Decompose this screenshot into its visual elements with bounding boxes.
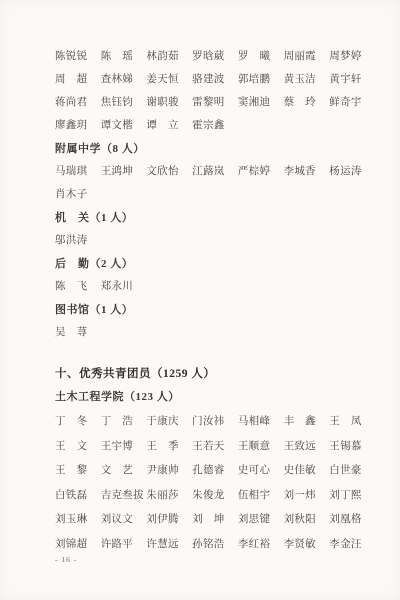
- name-item: 许慧远: [146, 536, 192, 551]
- section-header: 后 勤（2 人）: [55, 251, 375, 274]
- name-item: 霍宗鑫: [192, 117, 238, 132]
- name-item: 王 凤: [329, 413, 375, 428]
- name-item: 蔡 玲: [284, 94, 330, 109]
- name-item: 王鸿坤: [101, 163, 147, 178]
- name-item: 杨运涛: [329, 163, 375, 178]
- name-item: 罗晗葳: [192, 48, 238, 63]
- name-item: 窦湘迪: [238, 94, 284, 109]
- name-item: 姜天恒: [146, 71, 192, 86]
- name-item: 邬洪涛: [55, 232, 101, 247]
- name-item: 孙铭浩: [192, 536, 238, 551]
- name-item: 谢职骏: [146, 94, 192, 109]
- name-item: 江蕗岚: [192, 163, 238, 178]
- name-row-grid: 廖鑫玥谭文楷谭 立霍宗鑫: [55, 113, 375, 136]
- name-row-grid: 刘玉琳刘议文刘伊腾刘 坤刘思键刘秋阳刘凰格: [55, 507, 375, 532]
- name-item: 王宇博: [101, 438, 147, 453]
- document-body: 陈锐锐陈 瑶林韵茹罗晗葳罗 曦周丽霞周梦婷周 超查林娣姜天恒骆建波郭培鹏黄玉洁黄…: [55, 44, 375, 556]
- section-header-label: 图书馆（1 人）: [55, 301, 133, 317]
- name-item: 黄宇轩: [329, 71, 375, 86]
- name-row-grid: 蒋尚君焦钰钧谢职骏雷黎明窦湘迪蔡 玲鲜奇宇: [55, 90, 375, 113]
- name-row-grid: 王 黎文 艺尹康帅孔德睿史可心史佳敏白世豪: [55, 458, 375, 483]
- name-row-grid: 刘锦超许路平许慧远孙铭浩李红裕李贤敏李金汪: [55, 531, 375, 556]
- name-item: 郑永川: [101, 278, 147, 293]
- name-row: 白铁磊吉克叁拔朱丽莎朱俊龙伍相宇刘一炜刘丁熙: [55, 482, 375, 507]
- name-item: 郭培鹏: [238, 71, 284, 86]
- name-item: 罗 曦: [238, 48, 284, 63]
- name-row-grid: 丁 冬丁 浩于康庆门汝祎马相峰丰 鑫王 凤: [55, 409, 375, 434]
- name-row: 廖鑫玥谭文楷谭 立霍宗鑫: [55, 113, 375, 136]
- name-item: 刘丁熙: [329, 487, 375, 502]
- name-item: 丰 鑫: [284, 413, 330, 428]
- name-row: 蒋尚君焦钰钧谢职骏雷黎明窦湘迪蔡 玲鲜奇宇: [55, 90, 375, 113]
- name-row: 丁 冬丁 浩于康庆门汝祎马相峰丰 鑫王 凤: [55, 409, 375, 434]
- name-item: 谭 立: [146, 117, 192, 132]
- name-item: 孔德睿: [192, 462, 238, 477]
- name-row: 肖木子: [55, 182, 375, 205]
- name-item: 刘议文: [101, 511, 147, 526]
- name-item: 刘凰格: [329, 511, 375, 526]
- name-item: 陈 飞: [55, 278, 101, 293]
- name-item: 黄玉洁: [284, 71, 330, 86]
- name-item: 朱俊龙: [192, 487, 238, 502]
- name-item: 门汝祎: [192, 413, 238, 428]
- name-item: 刘玉琳: [55, 511, 101, 526]
- name-row: 陈锐锐陈 瑶林韵茹罗晗葳罗 曦周丽霞周梦婷: [55, 44, 375, 67]
- name-row: 刘玉琳刘议文刘伊腾刘 坤刘思键刘秋阳刘凰格: [55, 507, 375, 532]
- name-item: 李红裕: [238, 536, 284, 551]
- name-row: 邬洪涛: [55, 228, 375, 251]
- name-item: 李贤敏: [284, 536, 330, 551]
- name-item: 史佳敏: [284, 462, 330, 477]
- name-row: 王 黎文 艺尹康帅孔德睿史可心史佳敏白世豪: [55, 458, 375, 483]
- name-row-grid: 周 超查林娣姜天恒骆建波郭培鹏黄玉洁黄宇轩: [55, 67, 375, 90]
- name-item: 周梦婷: [329, 48, 375, 63]
- name-item: 谭文楷: [101, 117, 147, 132]
- name-item: 焦钰钧: [101, 94, 147, 109]
- section-header: 土木工程学院（123 人）: [55, 384, 375, 409]
- name-item: 伍相宇: [238, 487, 284, 502]
- name-item: 蒋尚君: [55, 94, 101, 109]
- name-row: 刘锦超许路平许慧远孙铭浩李红裕李贤敏李金汪: [55, 531, 375, 556]
- name-item: 刘一炜: [284, 487, 330, 502]
- name-row: 马瑞琪王鸿坤文欣怡江蕗岚严棕婷李城香杨运涛: [55, 159, 375, 182]
- name-item: 朱丽莎: [146, 487, 192, 502]
- section-body: 土木工程学院（123 人）丁 冬丁 浩于康庆门汝祎马相峰丰 鑫王 凤王 文王宇博…: [55, 384, 375, 556]
- name-row-grid: 白铁磊吉克叁拔朱丽莎朱俊龙伍相宇刘一炜刘丁熙: [55, 482, 375, 507]
- name-item: 王 黎: [55, 462, 101, 477]
- section-header: 机 关（1 人）: [55, 205, 375, 228]
- name-item: 尹康帅: [146, 462, 192, 477]
- section-header-label: 机 关（1 人）: [55, 209, 133, 225]
- section-title: 十、优秀共青团员（1259 人）: [55, 361, 375, 384]
- name-item: 肖木子: [55, 186, 101, 201]
- name-row: 周 超查林娣姜天恒骆建波郭培鹏黄玉洁黄宇轩: [55, 67, 375, 90]
- name-item: 鲜奇宇: [329, 94, 375, 109]
- name-item: 雷黎明: [192, 94, 238, 109]
- name-item: 文欣怡: [146, 163, 192, 178]
- name-item: 严棕婷: [238, 163, 284, 178]
- name-item: 丁 浩: [101, 413, 147, 428]
- name-row: 吴 荨: [55, 320, 375, 343]
- name-row: 陈 飞郑永川: [55, 274, 375, 297]
- name-item: 王 文: [55, 438, 101, 453]
- name-item: 周丽霞: [284, 48, 330, 63]
- section-header: 图书馆（1 人）: [55, 297, 375, 320]
- name-item: 查林娣: [101, 71, 147, 86]
- name-item: 刘思键: [238, 511, 284, 526]
- name-row-grid: 邬洪涛: [55, 228, 375, 251]
- name-item: 王 季: [146, 438, 192, 453]
- section-title-label: 十、优秀共青团员（1259 人）: [55, 365, 215, 381]
- name-item: 文 艺: [101, 462, 147, 477]
- name-item: 周 超: [55, 71, 101, 86]
- name-row-grid: 陈锐锐陈 瑶林韵茹罗晗葳罗 曦周丽霞周梦婷: [55, 44, 375, 67]
- name-row-grid: 马瑞琪王鸿坤文欣怡江蕗岚严棕婷李城香杨运涛: [55, 159, 375, 182]
- name-item: 王顺意: [238, 438, 284, 453]
- name-item: 于康庆: [146, 413, 192, 428]
- name-item: 陈锐锐: [55, 48, 101, 63]
- section-header-label: 土木工程学院（123 人）: [55, 388, 180, 404]
- scanned-document-page: 陈锐锐陈 瑶林韵茹罗晗葳罗 曦周丽霞周梦婷周 超查林娣姜天恒骆建波郭培鹏黄玉洁黄…: [0, 0, 400, 600]
- name-item: 刘伊腾: [146, 511, 192, 526]
- name-item: 骆建波: [192, 71, 238, 86]
- name-item: 林韵茹: [146, 48, 192, 63]
- name-item: 吴 荨: [55, 324, 101, 339]
- name-item: 李金汪: [329, 536, 375, 551]
- name-item: 马相峰: [238, 413, 284, 428]
- name-item: 刘锦超: [55, 536, 101, 551]
- name-row-grid: 王 文王宇博王 季王若天王顺意王致远王锡慕: [55, 433, 375, 458]
- page-number: - 16 -: [55, 555, 77, 564]
- name-item: 刘 坤: [192, 511, 238, 526]
- name-item: 吉克叁拔: [101, 487, 147, 502]
- name-row-grid: 吴 荨: [55, 320, 375, 343]
- name-item: 史可心: [238, 462, 284, 477]
- name-item: 刘秋阳: [284, 511, 330, 526]
- name-item: 王锡慕: [329, 438, 375, 453]
- name-item: 王若天: [192, 438, 238, 453]
- section-header-label: 后 勤（2 人）: [55, 255, 133, 271]
- name-item: 白铁磊: [55, 487, 101, 502]
- name-item: 白世豪: [329, 462, 375, 477]
- name-item: 许路平: [101, 536, 147, 551]
- name-item: 廖鑫玥: [55, 117, 101, 132]
- name-item: 马瑞琪: [55, 163, 101, 178]
- name-item: 丁 冬: [55, 413, 101, 428]
- section-header-label: 附属中学（8 人）: [55, 140, 145, 156]
- section-header: 附属中学（8 人）: [55, 136, 375, 159]
- name-item: 陈 瑶: [101, 48, 147, 63]
- name-item: 李城香: [284, 163, 330, 178]
- name-row: 王 文王宇博王 季王若天王顺意王致远王锡慕: [55, 433, 375, 458]
- name-row-grid: 陈 飞郑永川: [55, 274, 375, 297]
- name-row-grid: 肖木子: [55, 182, 375, 205]
- name-item: 王致远: [284, 438, 330, 453]
